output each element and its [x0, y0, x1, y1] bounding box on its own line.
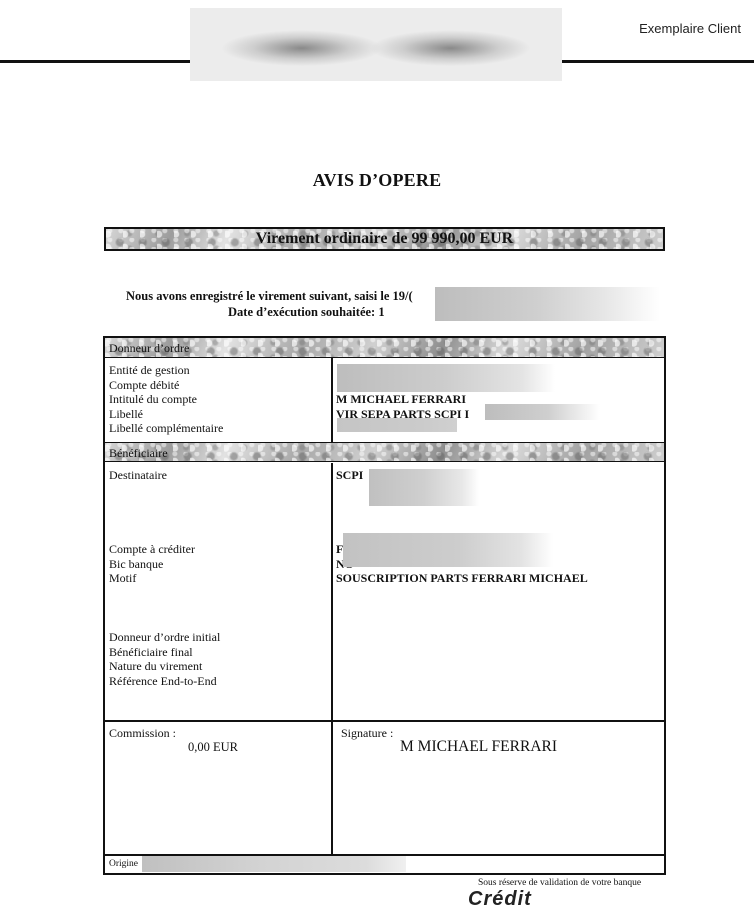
header-rule-right: [562, 60, 754, 63]
intro-line-entry-date: Nous avons enregistré le virement suivan…: [126, 289, 413, 304]
label-libelle: Libellé: [109, 407, 223, 422]
origine-label: Origine: [109, 859, 138, 869]
section-header-beneficiaire: Bénéficiaire: [105, 442, 664, 462]
column-divider: [331, 358, 333, 442]
bank-logo-redacted: [190, 8, 562, 81]
account-info-redacted: [337, 364, 555, 392]
beneficiaire-account-labels: Compte à créditer Bic banque Motif: [109, 542, 195, 586]
dates-redacted: [435, 287, 660, 321]
column-divider: [331, 463, 333, 860]
label-compte-debite: Compte débité: [109, 378, 223, 393]
row-divider: [105, 720, 664, 722]
intro-line-execution-date: Date d’exécution souhaitée: 1: [228, 305, 385, 320]
transfer-details-table: Donneur d’ordre Entité de gestion Compte…: [103, 336, 666, 875]
validation-note: Sous réserve de validation de votre banq…: [478, 878, 641, 888]
label-libelle-complementaire: Libellé complémentaire: [109, 421, 223, 436]
commission-label: Commission :: [109, 726, 176, 741]
origine-redacted: [142, 856, 406, 872]
beneficiaire-extra-labels: Donneur d’ordre initial Bénéficiaire fin…: [109, 630, 220, 688]
label-nature-virement: Nature du virement: [109, 659, 220, 674]
iban-bic-redacted: [343, 533, 553, 567]
label-motif: Motif: [109, 571, 195, 586]
libelle-complementaire-redacted: [337, 418, 457, 432]
donneur-ordre-labels: Entité de gestion Compte débité Intitulé…: [109, 363, 223, 436]
value-motif: SOUSCRIPTION PARTS FERRARI MICHAEL: [336, 571, 588, 586]
label-bic-banque: Bic banque: [109, 557, 195, 572]
footer-bank-logo: Crédit: [468, 888, 532, 906]
label-entite-gestion: Entité de gestion: [109, 363, 223, 378]
signature-label: Signature :: [341, 726, 393, 741]
beneficiaire-destinataire-label: Destinataire: [109, 468, 167, 483]
libelle-redacted: [485, 404, 600, 420]
amount-banner-text: Virement ordinaire de 99 990,00 EUR: [256, 230, 513, 248]
label-compte-a-crediter: Compte à créditer: [109, 542, 195, 557]
beneficiaire-destinataire-value: SCPI: [336, 468, 363, 483]
amount-banner: Virement ordinaire de 99 990,00 EUR: [104, 227, 665, 251]
commission-value: 0,00 EUR: [188, 740, 238, 755]
label-reference-end-to-end: Référence End-to-End: [109, 674, 220, 689]
signature-value: M MICHAEL FERRARI: [400, 738, 557, 756]
label-destinataire: Destinataire: [109, 468, 167, 483]
label-intitule-compte: Intitulé du compte: [109, 392, 223, 407]
header-rule-left: [0, 60, 190, 63]
destinataire-redacted: [369, 469, 479, 506]
value-intitule-compte: M MICHAEL FERRARI: [336, 392, 469, 407]
document-title: AVIS D’OPERE: [0, 170, 754, 191]
label-donneur-ordre-initial: Donneur d’ordre initial: [109, 630, 220, 645]
copy-label: Exemplaire Client: [639, 21, 741, 36]
label-beneficiaire-final: Bénéficiaire final: [109, 645, 220, 660]
section-header-donneur-ordre: Donneur d’ordre: [105, 338, 664, 358]
value-destinataire: SCPI: [336, 468, 363, 483]
